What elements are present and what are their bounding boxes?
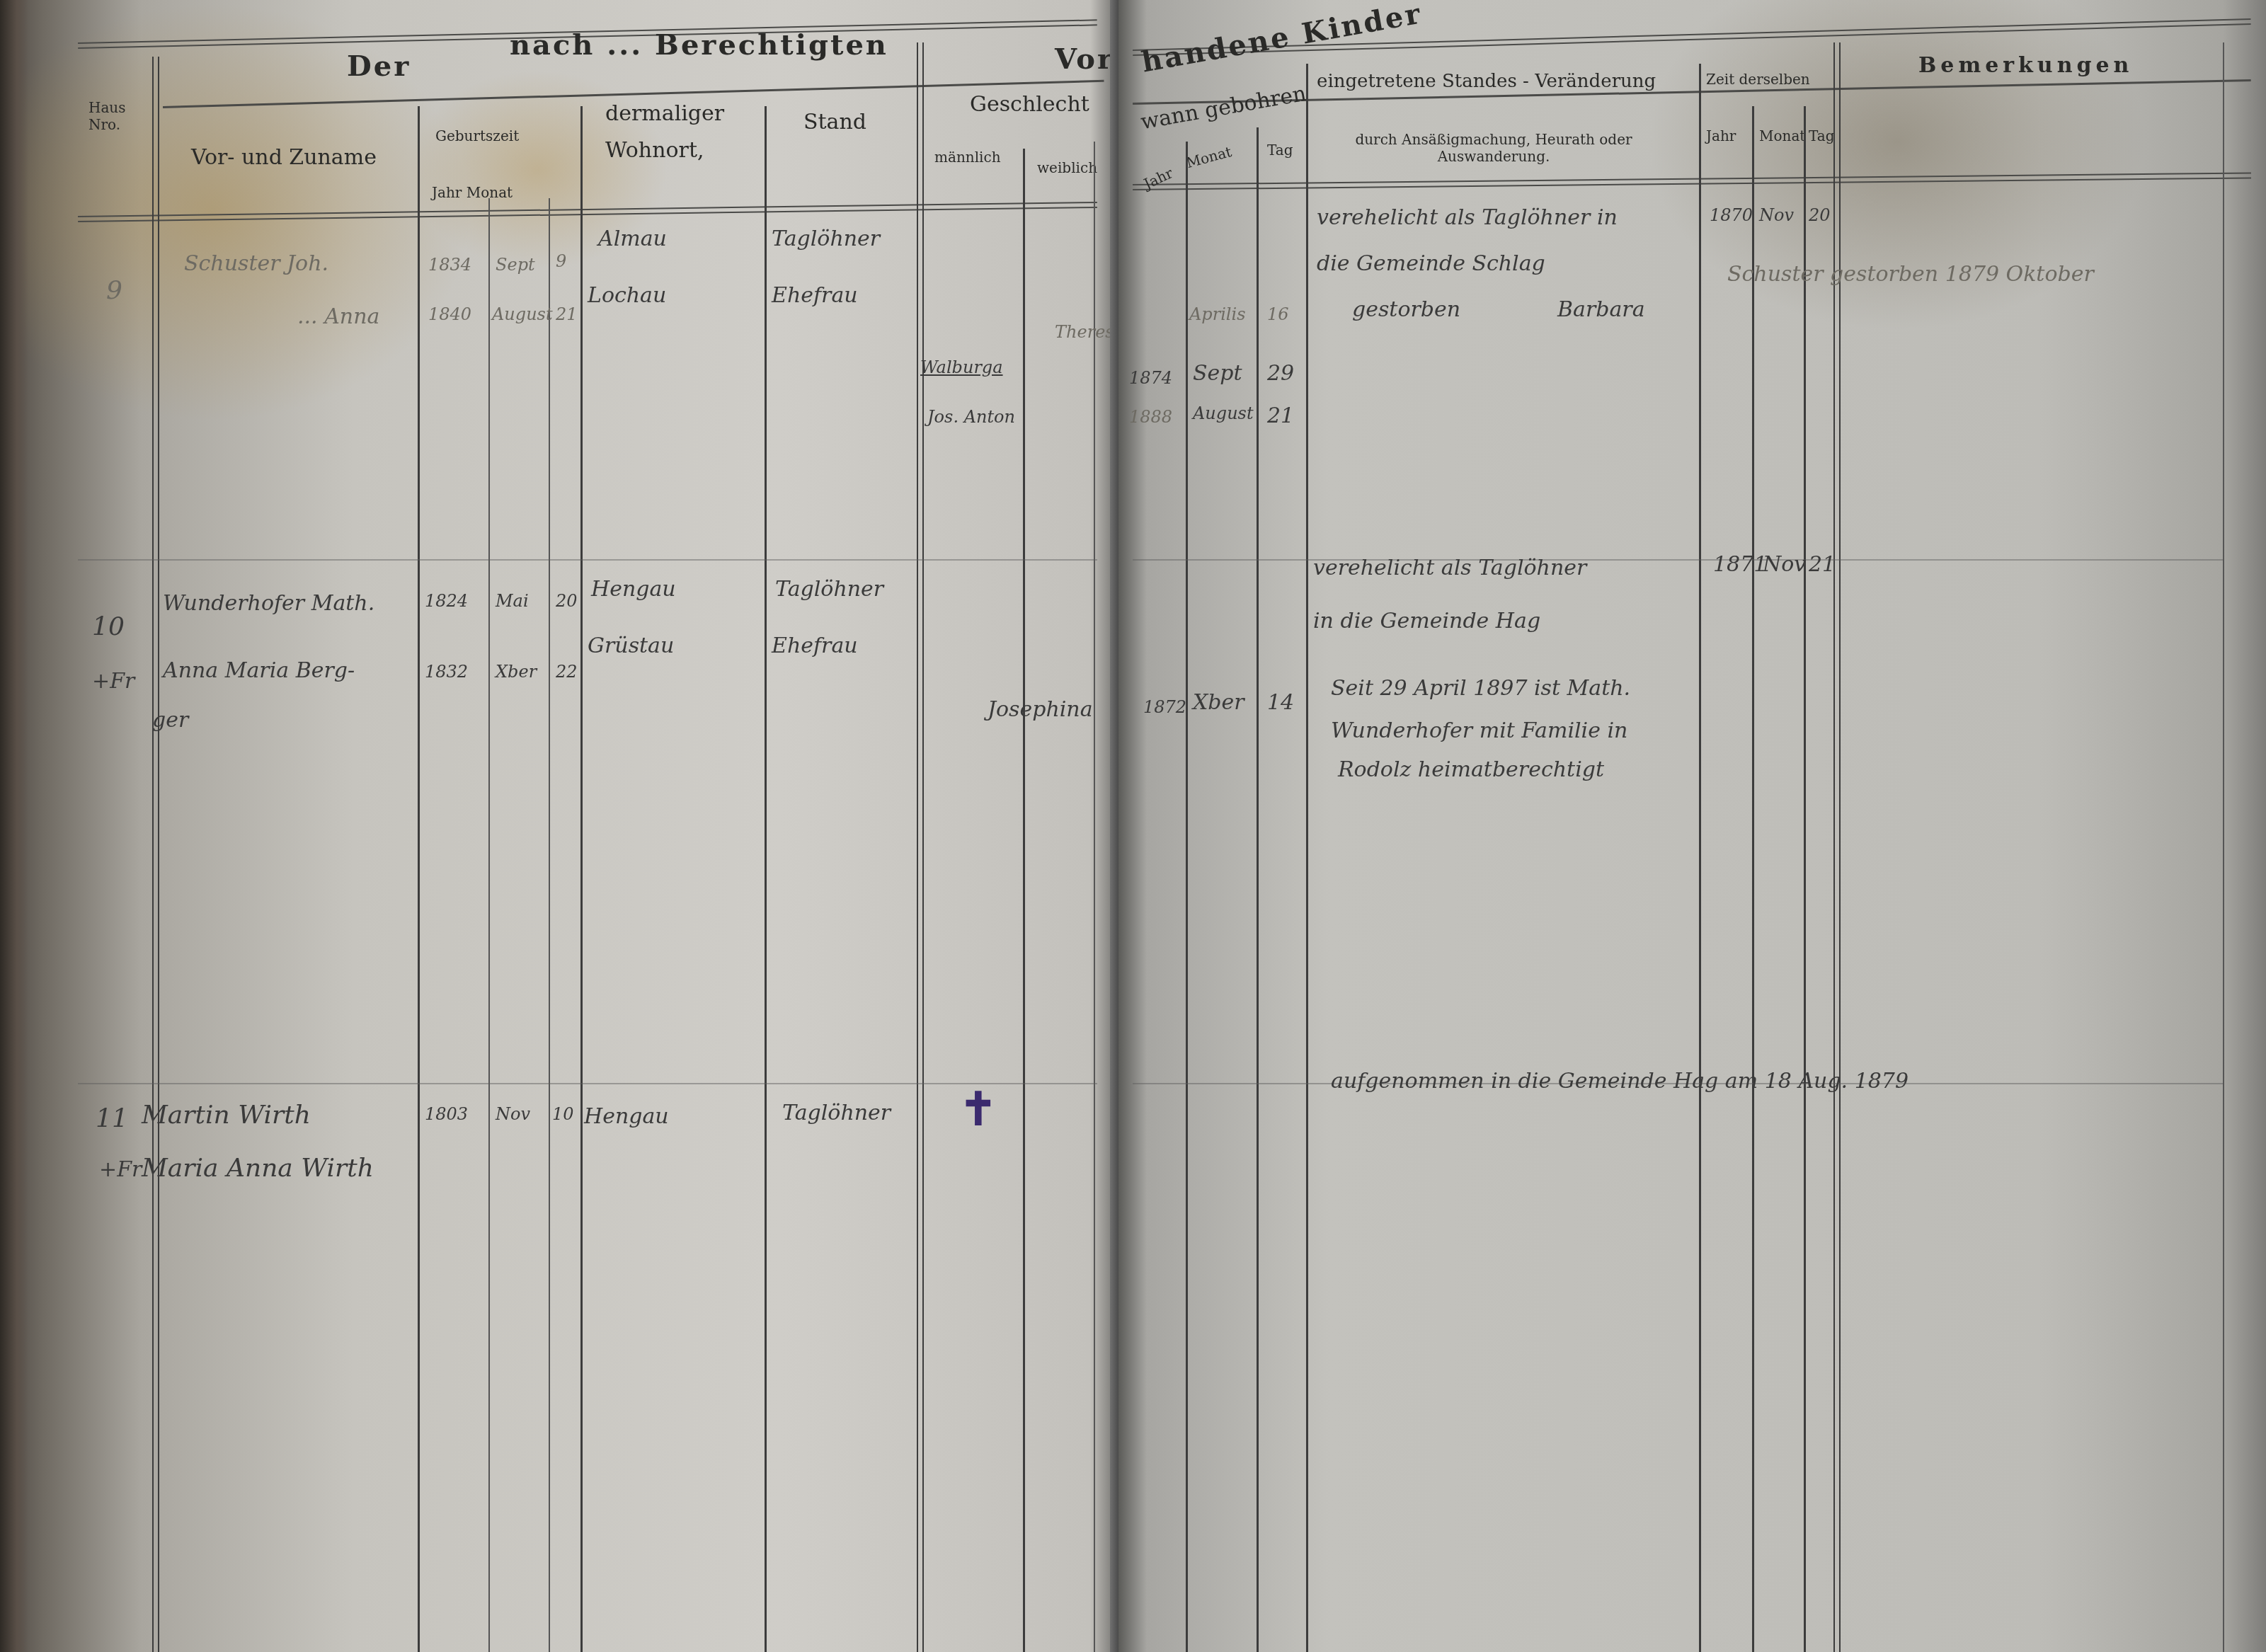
entry-9-stand-1: Taglöhner [772, 226, 880, 251]
col-stand: Stand [803, 110, 866, 134]
entry-10-month-2: Xber [496, 662, 537, 682]
entry-10-day-2: 22 [556, 662, 578, 682]
entry-9-name-2: ... Anna [297, 304, 379, 329]
rule-geschlecht [917, 42, 924, 1652]
entry-9-haus-nro: 9 [106, 276, 122, 305]
entry-10-child-1: Josephina [988, 697, 1093, 722]
entry-10-year-2: 1832 [425, 662, 468, 682]
entry-10-stand-2: Ehefrau [772, 633, 858, 658]
row-separator [78, 559, 1097, 561]
col-geburtszeit: Geburtszeit [435, 127, 519, 144]
entry-9-stand-2: Ehefrau [772, 283, 858, 308]
entry-9-veraenderung-2: die Gemeinde Schlag [1317, 251, 1545, 276]
rule-year [418, 106, 420, 1652]
col-name: Vor- und Zuname [191, 145, 377, 170]
col-zeit-monat: Monat [1759, 127, 1805, 144]
entry-9-year-2: 1840 [428, 304, 471, 324]
col-haus-nro: Haus Nro. [88, 99, 152, 133]
entry-10-child-day: 14 [1267, 690, 1294, 715]
entry-9-child-note: Theresia [1055, 322, 1118, 342]
entry-9-child-2: Jos. Anton [927, 407, 1015, 427]
entry-10-day-1: 20 [556, 591, 578, 611]
col-standes-sub: durch Ansäßigmachung, Heurath oder Auswa… [1317, 131, 1671, 165]
rule-zeit-jahr [1699, 64, 1701, 1652]
entry-9-month-2: August [492, 304, 553, 324]
entry-10-year-1: 1824 [425, 591, 468, 611]
col-weiblich: weiblich [1037, 159, 1097, 176]
col-wann-gebohren: wann gebohren [1139, 81, 1308, 135]
entry-9-month-1: Sept [496, 255, 535, 275]
rule-wohnort [580, 106, 583, 1652]
left-page: Der nach ... Berechtigten Vor Haus Nro. … [0, 0, 1118, 1652]
col-zeit-tag: Tag [1809, 127, 1835, 144]
col-geburtszeit-sub: Jahr Monat [432, 184, 513, 201]
col-monat: Monat [1184, 143, 1233, 171]
rule-stand [765, 106, 767, 1652]
title-handene-kinder: handene Kinder [1139, 0, 1425, 79]
rule-zeit-tag [1804, 106, 1806, 1652]
entry-10-month-1: Mai [496, 591, 529, 611]
entry-10-wohnort-2: Grüstau [588, 633, 674, 658]
entry-9-child-day-2: 21 [1267, 403, 1294, 428]
title-vor: Vor [1055, 42, 1114, 76]
entry-10-wohnort-1: Hengau [591, 577, 676, 602]
col-zeit: Zeit derselben [1706, 71, 1810, 88]
entry-10-veraenderung-4: Wunderhofer mit Familie in [1331, 718, 1627, 743]
entry-11-wohnort: Hengau [584, 1104, 669, 1129]
entry-9-faded-child-day: 16 [1267, 304, 1289, 324]
entry-9-zeit-jahr: 1870 [1710, 205, 1753, 225]
entry-10-veraenderung-2: in die Gemeinde Hag [1313, 609, 1540, 633]
entry-11-name-2: Maria Anna Wirth [142, 1154, 374, 1183]
entry-10-child-month: Xber [1193, 690, 1244, 715]
entry-9-child-1: Walburga [920, 357, 1003, 377]
entry-9-year-1: 1834 [428, 255, 471, 275]
entry-11-veraenderung: aufgenommen in die Gemeinde Hag am 18 Au… [1331, 1069, 1909, 1094]
col-bemerkungen: Bemerkungen [1918, 53, 2133, 78]
entry-9-bemerkung: Schuster gestorben 1879 Oktober [1727, 262, 2094, 287]
entry-10-widow-mark: +Fr [92, 669, 135, 694]
entry-10-veraenderung-3: Seit 29 April 1897 ist Math. [1331, 676, 1630, 701]
entry-9-child-month-1: Sept [1193, 361, 1242, 386]
rule-page-edge [2223, 42, 2224, 1652]
header-bottom-rule [1133, 172, 2251, 190]
row-separator [78, 1083, 1097, 1084]
entry-10-veraenderung-5: Rodolz heimatberechtigt [1338, 757, 1604, 782]
entry-11-widow-mark: +Fr [99, 1157, 142, 1182]
col-maennlich: männlich [934, 149, 1001, 166]
col-zeit-jahr: Jahr [1706, 127, 1736, 144]
entry-9-child-year-2: 1888 [1129, 407, 1172, 427]
entry-9-name-1: Schuster Joh. [184, 251, 328, 276]
row-separator [1133, 559, 2223, 561]
entry-9-veraenderung-1: verehelicht als Taglöhner in [1317, 205, 1618, 230]
book-edge [0, 0, 28, 1652]
entry-9-faded-child-month: Aprilis [1189, 304, 1246, 324]
rule-weiblich [1023, 149, 1025, 1652]
title-berechtigten: nach ... Berechtigten [510, 28, 888, 62]
entry-9-wohnort-1: Almau [598, 226, 667, 251]
rule-veraenderung [1306, 64, 1308, 1652]
entry-9-day-1: 9 [556, 251, 566, 271]
rule-child-month [1186, 142, 1188, 1652]
col-tag: Tag [1267, 142, 1293, 159]
rule-page-edge [1094, 142, 1095, 1652]
entry-9-child-year-1: 1874 [1129, 368, 1172, 388]
entry-10-name-2: Anna Maria Berg- [163, 658, 355, 683]
entry-11-year: 1803 [425, 1104, 468, 1124]
entry-10-name-3: ger [152, 708, 188, 733]
entry-10-child-year: 1872 [1143, 697, 1186, 717]
entry-9-zeit-monat: Nov [1759, 205, 1794, 225]
rule-zeit-monat [1752, 106, 1754, 1652]
right-page: handene Kinder wann gebohren Jahr Monat … [1118, 0, 2266, 1652]
entry-9-day-2: 21 [556, 304, 578, 324]
rule-child-day [1257, 127, 1259, 1652]
entry-10-veraenderung-1: verehelicht als Taglöhner [1313, 556, 1586, 580]
entry-10-haus-nro: 10 [92, 612, 125, 641]
entry-10-name-1: Wunderhofer Math. [163, 591, 374, 616]
col-geschlecht: Geschlecht [970, 92, 1089, 117]
entry-11-month: Nov [496, 1104, 530, 1124]
rule-day [549, 198, 550, 1652]
entry-11-day: 10 [552, 1104, 574, 1124]
entry-9-wohnort-2: Lochau [588, 283, 666, 308]
entry-11-name-1: Martin Wirth [142, 1101, 311, 1130]
col-wohnort: dermaliger Wohnort, [605, 96, 726, 169]
header-bottom-rule [78, 202, 1097, 222]
col-standes-veraenderung: eingetretene Standes - Veränderung [1317, 71, 1656, 92]
entry-9-child-day-1: 29 [1267, 361, 1294, 386]
entry-10-zeit-jahr: 1871 [1713, 552, 1767, 577]
title-der: Der [347, 50, 411, 83]
entry-11-stand: Taglöhner [782, 1101, 891, 1125]
rule-name [152, 57, 159, 1652]
entry-9-veraenderung-3: gestorben [1352, 297, 1460, 322]
entry-10-zeit-tag: 21 [1809, 552, 1836, 577]
entry-10-zeit-monat: Nov [1763, 552, 1806, 577]
entry-9-veraenderung-4: Barbara [1557, 297, 1645, 322]
entry-10-stand-1: Taglöhner [775, 577, 883, 602]
rule-month [488, 198, 490, 1652]
death-cross-icon: ✝ [959, 1083, 997, 1136]
entry-11-haus-nro: 11 [96, 1104, 128, 1133]
entry-9-child-month-2: August [1193, 403, 1254, 423]
entry-9-zeit-tag: 20 [1809, 205, 1831, 225]
